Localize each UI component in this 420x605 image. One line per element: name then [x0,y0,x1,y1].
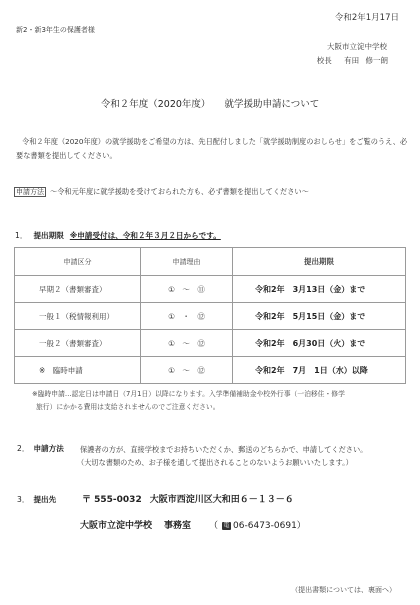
temporary-application-note: ※臨時申請…認定日は申請日（7月1日）以降になります。入学準備補助金や校外行事（… [32,388,408,414]
principal-name: 有田 修一朗 [344,56,388,65]
cell-category: ※ 臨時申請 [15,357,141,384]
cell-category: 早期２（書類審査） [15,276,141,303]
office-school: 大阪市立淀中学校 [80,521,152,531]
table-row: ※ 臨時申請 ① ～ ⑫ 令和2年 7月 1日（水）以降 [15,357,406,384]
postal-code: 〒 555-0032 [82,495,142,505]
tel-block: （電06-6473-0691） [209,521,306,531]
recipient: 新2・新3年生の保護者様 [16,25,95,35]
section-3-heading: 3．提出先 [17,494,56,505]
cell-category: 一般１（税情報利用） [15,303,141,330]
section-2-number: 2． [17,444,29,453]
cell-category: 一般２（書類審査） [15,330,141,357]
school-name: 大阪市立淀中学校 [327,41,387,52]
table-header-row: 申請区分 申請理由 提出期限 [15,248,406,276]
method-note-text: ～令和元年度に就学援助を受けておられた方も、必ず書類を提出してください～ [50,187,309,196]
document-date: 令和2年1月17日 [335,11,399,23]
section-2-heading: 2．申請方法 [17,443,64,454]
section-2-label: 申請方法 [33,444,63,453]
tel-number: 06-6473-0691） [233,521,306,531]
cell-deadline: 令和2年 5月15日（金）まで [233,303,406,330]
cell-reason: ① ・ ⑫ [141,303,233,330]
deadline-table: 申請区分 申請理由 提出期限 早期２（書類審査） ① ～ ⑪ 令和2年 3月13… [14,247,406,384]
method-boxed-label: 申請方法 [14,187,46,197]
section-1-number: 1． [15,231,27,240]
page-title: 令和２年度（2020年度）就学援助申請について [0,96,420,110]
cell-deadline: 令和2年 3月13日（金）まで [233,276,406,303]
section-2-body: 保護者の方が、直接学校までお持ちいただくか、郵送のどちらかで、申請してください。… [80,443,367,469]
table-row: 一般１（税情報利用） ① ・ ⑫ 令和2年 5月15日（金）まで [15,303,406,330]
header-category: 申請区分 [15,248,141,276]
cell-deadline: 令和2年 6月30日（火）まで [233,330,406,357]
section-1-heading: 1．提出期限※申請受付は、令和２年３月２日からです。 [15,230,221,241]
section-3-number: 3． [17,495,29,504]
phone-icon: 電 [222,522,231,530]
submission-address: 〒 555-0032大阪市西淀川区大和田６－１３－６ [82,492,294,505]
section-2-line-1: 保護者の方が、直接学校までお持ちいただくか、郵送のどちらかで、申請してください。 [80,445,367,454]
cell-reason: ① ～ ⑫ [141,330,233,357]
principal: 校長 有田 修一朗 [317,55,388,66]
section-2-line-2: （大切な書類のため、お子様を通して提出されることのないようお願いいたします。） [77,456,367,469]
title-subject: 就学援助申請について [224,99,319,110]
cell-deadline: 令和2年 7月 1日（水）以降 [233,357,406,384]
table-row: 一般２（書類審査） ① ～ ⑫ 令和2年 6月30日（火）まで [15,330,406,357]
title-year: 令和２年度（2020年度） [101,99,211,110]
street-address: 大阪市西淀川区大和田６－１３－６ [150,495,294,505]
note-line-1: ※臨時申請…認定日は申請日（7月1日）以降になります。入学準備補助金や校外行事（… [32,390,345,398]
table-row: 早期２（書類審査） ① ～ ⑪ 令和2年 3月13日（金）まで [15,276,406,303]
method-note: 申請方法～令和元年度に就学援助を受けておられた方も、必ず書類を提出してください～ [14,187,309,197]
submission-office: 大阪市立淀中学校事務室（電06-6473-0691） [80,518,306,531]
principal-title: 校長 [317,56,332,65]
section-3-label: 提出先 [33,495,56,504]
cell-reason: ① ～ ⑪ [141,276,233,303]
section-1-label: 提出期限 [33,231,63,240]
intro-paragraph: 令和２年度（2020年度）の就学援助をご希望の方は、先日配付しました「就学援助制… [16,135,408,163]
office-dept: 事務室 [164,521,191,531]
note-line-2: 旅行）にかかる費用は支給されませんのでご注意ください。 [32,401,408,414]
tel-paren: （ [209,521,218,531]
header-deadline: 提出期限 [233,248,406,276]
cell-reason: ① ～ ⑫ [141,357,233,384]
section-1-notice: ※申請受付は、令和２年３月２日からです。 [70,231,221,240]
footer-note: （提出書類については、裏面へ） [291,585,396,595]
header-reason: 申請理由 [141,248,233,276]
